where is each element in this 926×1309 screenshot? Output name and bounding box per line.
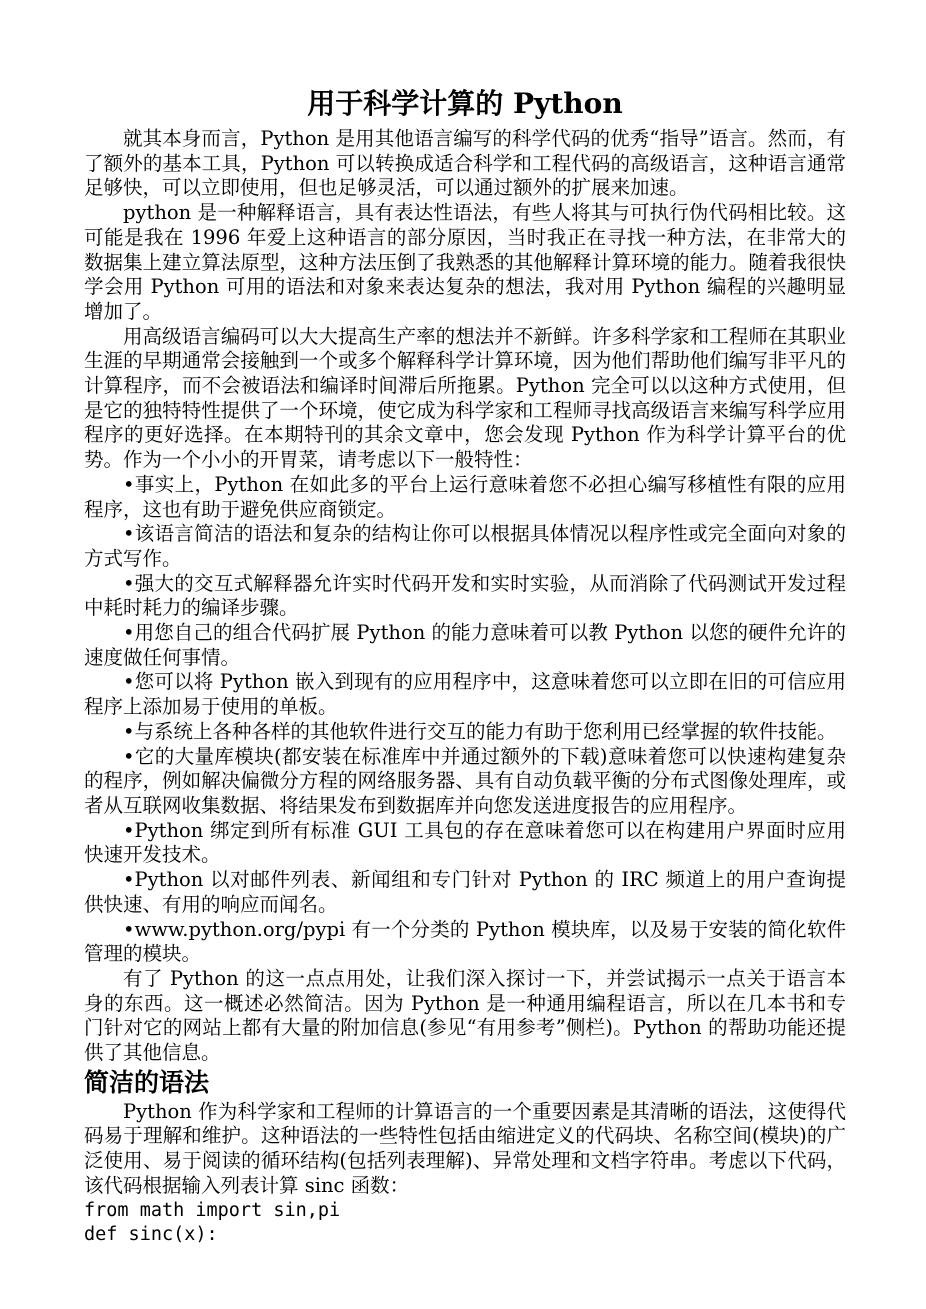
feature-bullet-3: •强大的交互式解释器允许实时代码开发和实时实验，从而消除了代码测试开发过程中耗时… — [84, 572, 846, 621]
feature-bullet-8: •Python 绑定到所有标准 GUI 工具包的存在意味着您可以在构建用户界面时… — [84, 819, 846, 868]
feature-bullet-10: •www.python.org/pypi 有一个分类的 Python 模块库，以… — [84, 918, 846, 967]
feature-bullet-2: •该语言简洁的语法和复杂的结构让你可以根据具体情况以程序性或完全面向对象的方式写… — [84, 522, 846, 571]
feature-bullet-4: •用您自己的组合代码扩展 Python 的能力意味着可以教 Python 以您的… — [84, 621, 846, 670]
intro-paragraph-3: 用高级语言编码可以大大提高生产率的想法并不新鲜。许多科学家和工程师在其职业生涯的… — [84, 325, 846, 473]
document-page: 用于科学计算的 Python 就其本身而言，Python 是用其他语言编写的科学… — [0, 0, 926, 1309]
feature-bullet-9: •Python 以对邮件列表、新闻组和专门针对 Python 的 IRC 频道上… — [84, 868, 846, 917]
feature-bullet-1: •事实上，Python 在如此多的平台上运行意味着您不必担心编写移植性有限的应用… — [84, 473, 846, 522]
page-title: 用于科学计算的 Python — [84, 86, 846, 122]
closing-paragraph: 有了 Python 的这一点点用处，让我们深入探讨一下，并尝试揭示一点关于语言本… — [84, 967, 846, 1066]
intro-paragraph-1: 就其本身而言，Python 是用其他语言编写的科学代码的优秀“指导”语言。然而，… — [84, 127, 846, 201]
feature-bullet-6: •与系统上各种各样的其他软件进行交互的能力有助于您利用已经掌握的软件技能。 — [84, 720, 846, 745]
code-line-def: def sinc(x): — [84, 1223, 846, 1248]
section-heading: 简洁的语法 — [84, 1066, 846, 1100]
section-paragraph: Python 作为科学家和工程师的计算语言的一个重要因素是其清晰的语法，这使得代… — [84, 1100, 846, 1199]
feature-bullet-7: •它的大量库模块(都安装在标准库中并通过额外的下载)意味着您可以快速构建复杂的程… — [84, 745, 846, 819]
feature-bullet-5: •您可以将 Python 嵌入到现有的应用程序中，这意味着您可以立即在旧的可信应… — [84, 670, 846, 719]
code-line-import: from math import sin,pi — [84, 1199, 846, 1224]
intro-paragraph-2: python 是一种解释语言，具有表达性语法，有些人将其与可执行伪代码相比较。这… — [84, 201, 846, 325]
